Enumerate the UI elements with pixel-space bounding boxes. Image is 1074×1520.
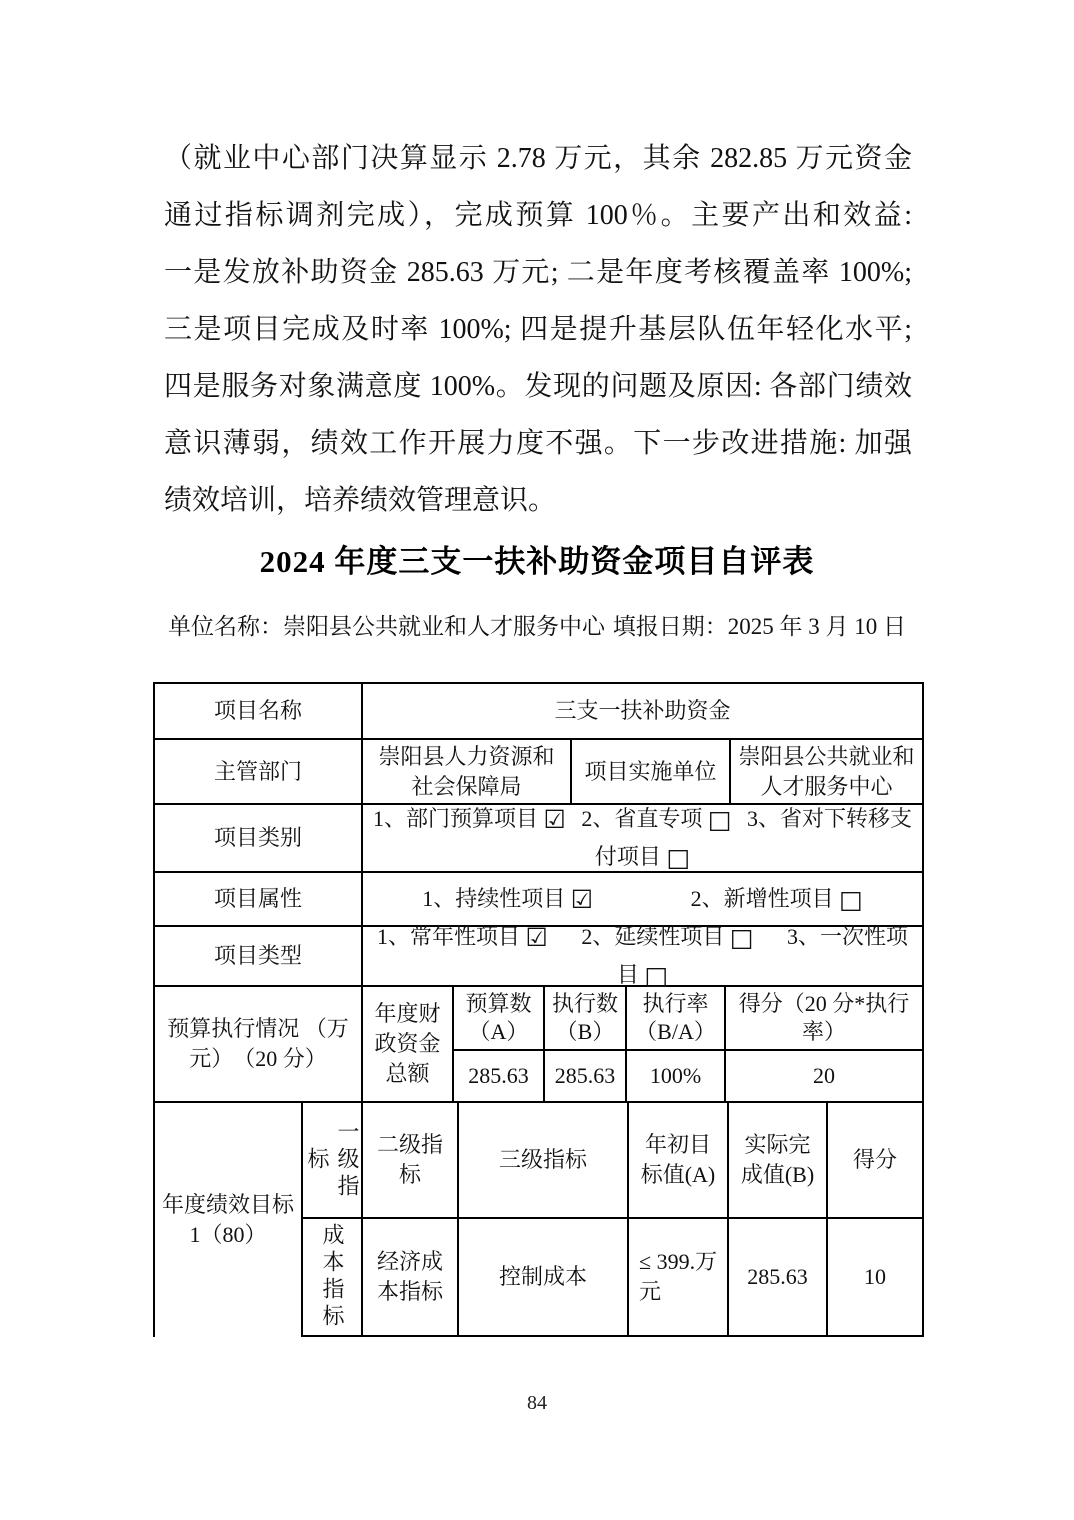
vertical-text: 成本指标	[317, 1221, 347, 1333]
row-project-name: 项目名称 三支一扶补助资金	[155, 684, 924, 740]
checkbox-checked-icon: ☑	[525, 923, 547, 952]
checkbox-checked-icon: ☑	[571, 885, 593, 914]
performance-data-row: 成本指标 经济成本指标 控制成本 ≤ 399.万元 285.63 10	[303, 1219, 924, 1337]
target-value-header: 年初目标值(A)	[629, 1103, 729, 1219]
checkbox-unchecked-icon: □	[730, 923, 754, 952]
category-options: 1、部门预算项目 ☑ 2、省直专项 □ 3、省对下转移支付项目 □	[363, 805, 924, 873]
budget-fund-label: 年度财政资金总额	[363, 987, 454, 1103]
option-label: 1、常年性项目	[377, 924, 520, 949]
option-label: 2、省直专项	[581, 806, 702, 831]
level3-indicator-value: 控制成本	[459, 1219, 629, 1337]
row-performance: 年度绩效目标 1（80） 一级指标 二级指标 三级指标 年初目标值(A) 实际完…	[155, 1103, 924, 1337]
row-budget: 预算执行情况 （万元） （20 分） 年度财政资金总额 预算数（A） 执行数（B…	[155, 987, 924, 1103]
paragraph-line: 一是发放补助资金 285.63 万元; 二是年度考核覆盖率 100%;	[164, 244, 912, 301]
budget-value: 285.63	[454, 1051, 545, 1103]
page-number: 84	[0, 1392, 1074, 1415]
paragraph: （就业中心部门决算显示 2.78 万元，其余 282.85 万元资金 通过指标调…	[164, 130, 912, 529]
paragraph-line: （就业中心部门决算显示 2.78 万元，其余 282.85 万元资金	[164, 130, 912, 187]
paragraph-line: 通过指标调剂完成），完成预算 100％。主要产出和效益:	[164, 187, 912, 244]
option-label: 1、持续性项目	[422, 886, 565, 911]
level3-indicator-header: 三级指标	[459, 1103, 629, 1219]
budget-value: 20	[726, 1051, 924, 1103]
checkbox-unchecked-icon: □	[839, 885, 863, 914]
checkbox-unchecked-icon: □	[666, 843, 690, 872]
option-label: 2、新增性项目	[691, 886, 834, 911]
performance-label: 年度绩效目标 1（80）	[155, 1103, 303, 1337]
report-date: 填报日期：2025 年 3 月 10 日	[613, 612, 906, 642]
type-options: 1、常年性项目 ☑ 2、延续性项目 □ 3、一次性项目 □	[363, 927, 924, 987]
row-category: 项目类别 1、部门预算项目 ☑ 2、省直专项 □ 3、省对下转移支付项目 □	[155, 805, 924, 873]
paragraph-line: 三是项目完成及时率 100%; 四是提升基层队伍年轻化水平;	[164, 301, 912, 358]
implementing-unit-value: 崇阳县公共就业和人才服务中心	[731, 740, 924, 805]
attribute-label: 项目属性	[155, 873, 363, 927]
row-type: 项目类型 1、常年性项目 ☑ 2、延续性项目 □ 3、一次性项目 □	[155, 927, 924, 987]
paragraph-line: 绩效培训，培养绩效管理意识。	[164, 472, 912, 529]
meta-row: 单位名称：崇阳县公共就业和人才服务中心 填报日期：2025 年 3 月 10 日	[168, 612, 906, 642]
paragraph-line: 四是服务对象满意度 100%。发现的问题及原因: 各部门绩效	[164, 358, 912, 415]
budget-value-row: 285.63 285.63 100% 20	[454, 1051, 924, 1103]
project-name-value: 三支一扶补助资金	[363, 684, 924, 740]
category-label: 项目类别	[155, 805, 363, 873]
budget-value: 285.63	[545, 1051, 627, 1103]
vertical-text: 一级指标	[302, 1105, 362, 1215]
target-value: ≤ 399.万元	[629, 1219, 729, 1337]
budget-col-header: 执行率（B/A）	[627, 987, 726, 1051]
project-name-label: 项目名称	[155, 684, 363, 740]
checkbox-unchecked-icon: □	[708, 805, 732, 834]
implementing-unit-label: 项目实施单位	[572, 740, 731, 805]
performance-header-row: 一级指标 二级指标 三级指标 年初目标值(A) 实际完成值(B) 得分	[303, 1103, 924, 1219]
actual-value-header: 实际完成值(B)	[729, 1103, 828, 1219]
unit-name: 单位名称：崇阳县公共就业和人才服务中心	[168, 612, 605, 642]
budget-value: 100%	[627, 1051, 726, 1103]
page-title: 2024 年度三支一扶补助资金项目自评表	[0, 536, 1074, 581]
option-label: 2、延续性项目	[581, 924, 724, 949]
level1-indicator-value: 成本指标	[303, 1219, 363, 1337]
budget-col-header: 预算数（A）	[454, 987, 545, 1051]
row-supervisor: 主管部门 崇阳县人力资源和社会保障局 项目实施单位 崇阳县公共就业和人才服务中心	[155, 740, 924, 805]
level2-indicator-value: 经济成本指标	[363, 1219, 459, 1337]
budget-header-row: 预算数（A） 执行数（B） 执行率（B/A） 得分（20 分*执行率）	[454, 987, 924, 1051]
level2-indicator-header: 二级指标	[363, 1103, 459, 1219]
self-evaluation-table: 项目名称 三支一扶补助资金 主管部门 崇阳县人力资源和社会保障局 项目实施单位 …	[153, 682, 924, 1337]
paragraph-line: 意识薄弱，绩效工作开展力度不强。下一步改进措施: 加强	[164, 415, 912, 472]
actual-value: 285.63	[729, 1219, 828, 1337]
supervisor-value: 崇阳县人力资源和社会保障局	[363, 740, 572, 805]
option-label: 1、部门预算项目	[373, 806, 538, 831]
checkbox-checked-icon: ☑	[543, 805, 565, 834]
level1-indicator-header: 一级指标	[303, 1103, 363, 1219]
type-label: 项目类型	[155, 927, 363, 987]
score-header: 得分	[828, 1103, 924, 1219]
budget-col-header: 执行数（B）	[545, 987, 627, 1051]
budget-col-header: 得分（20 分*执行率）	[726, 987, 924, 1051]
score-value: 10	[828, 1219, 924, 1337]
budget-label: 预算执行情况 （万元） （20 分）	[155, 987, 363, 1103]
supervisor-label: 主管部门	[155, 740, 363, 805]
checkbox-unchecked-icon: □	[644, 961, 668, 990]
document-page: （就业中心部门决算显示 2.78 万元，其余 282.85 万元资金 通过指标调…	[0, 0, 1074, 1520]
